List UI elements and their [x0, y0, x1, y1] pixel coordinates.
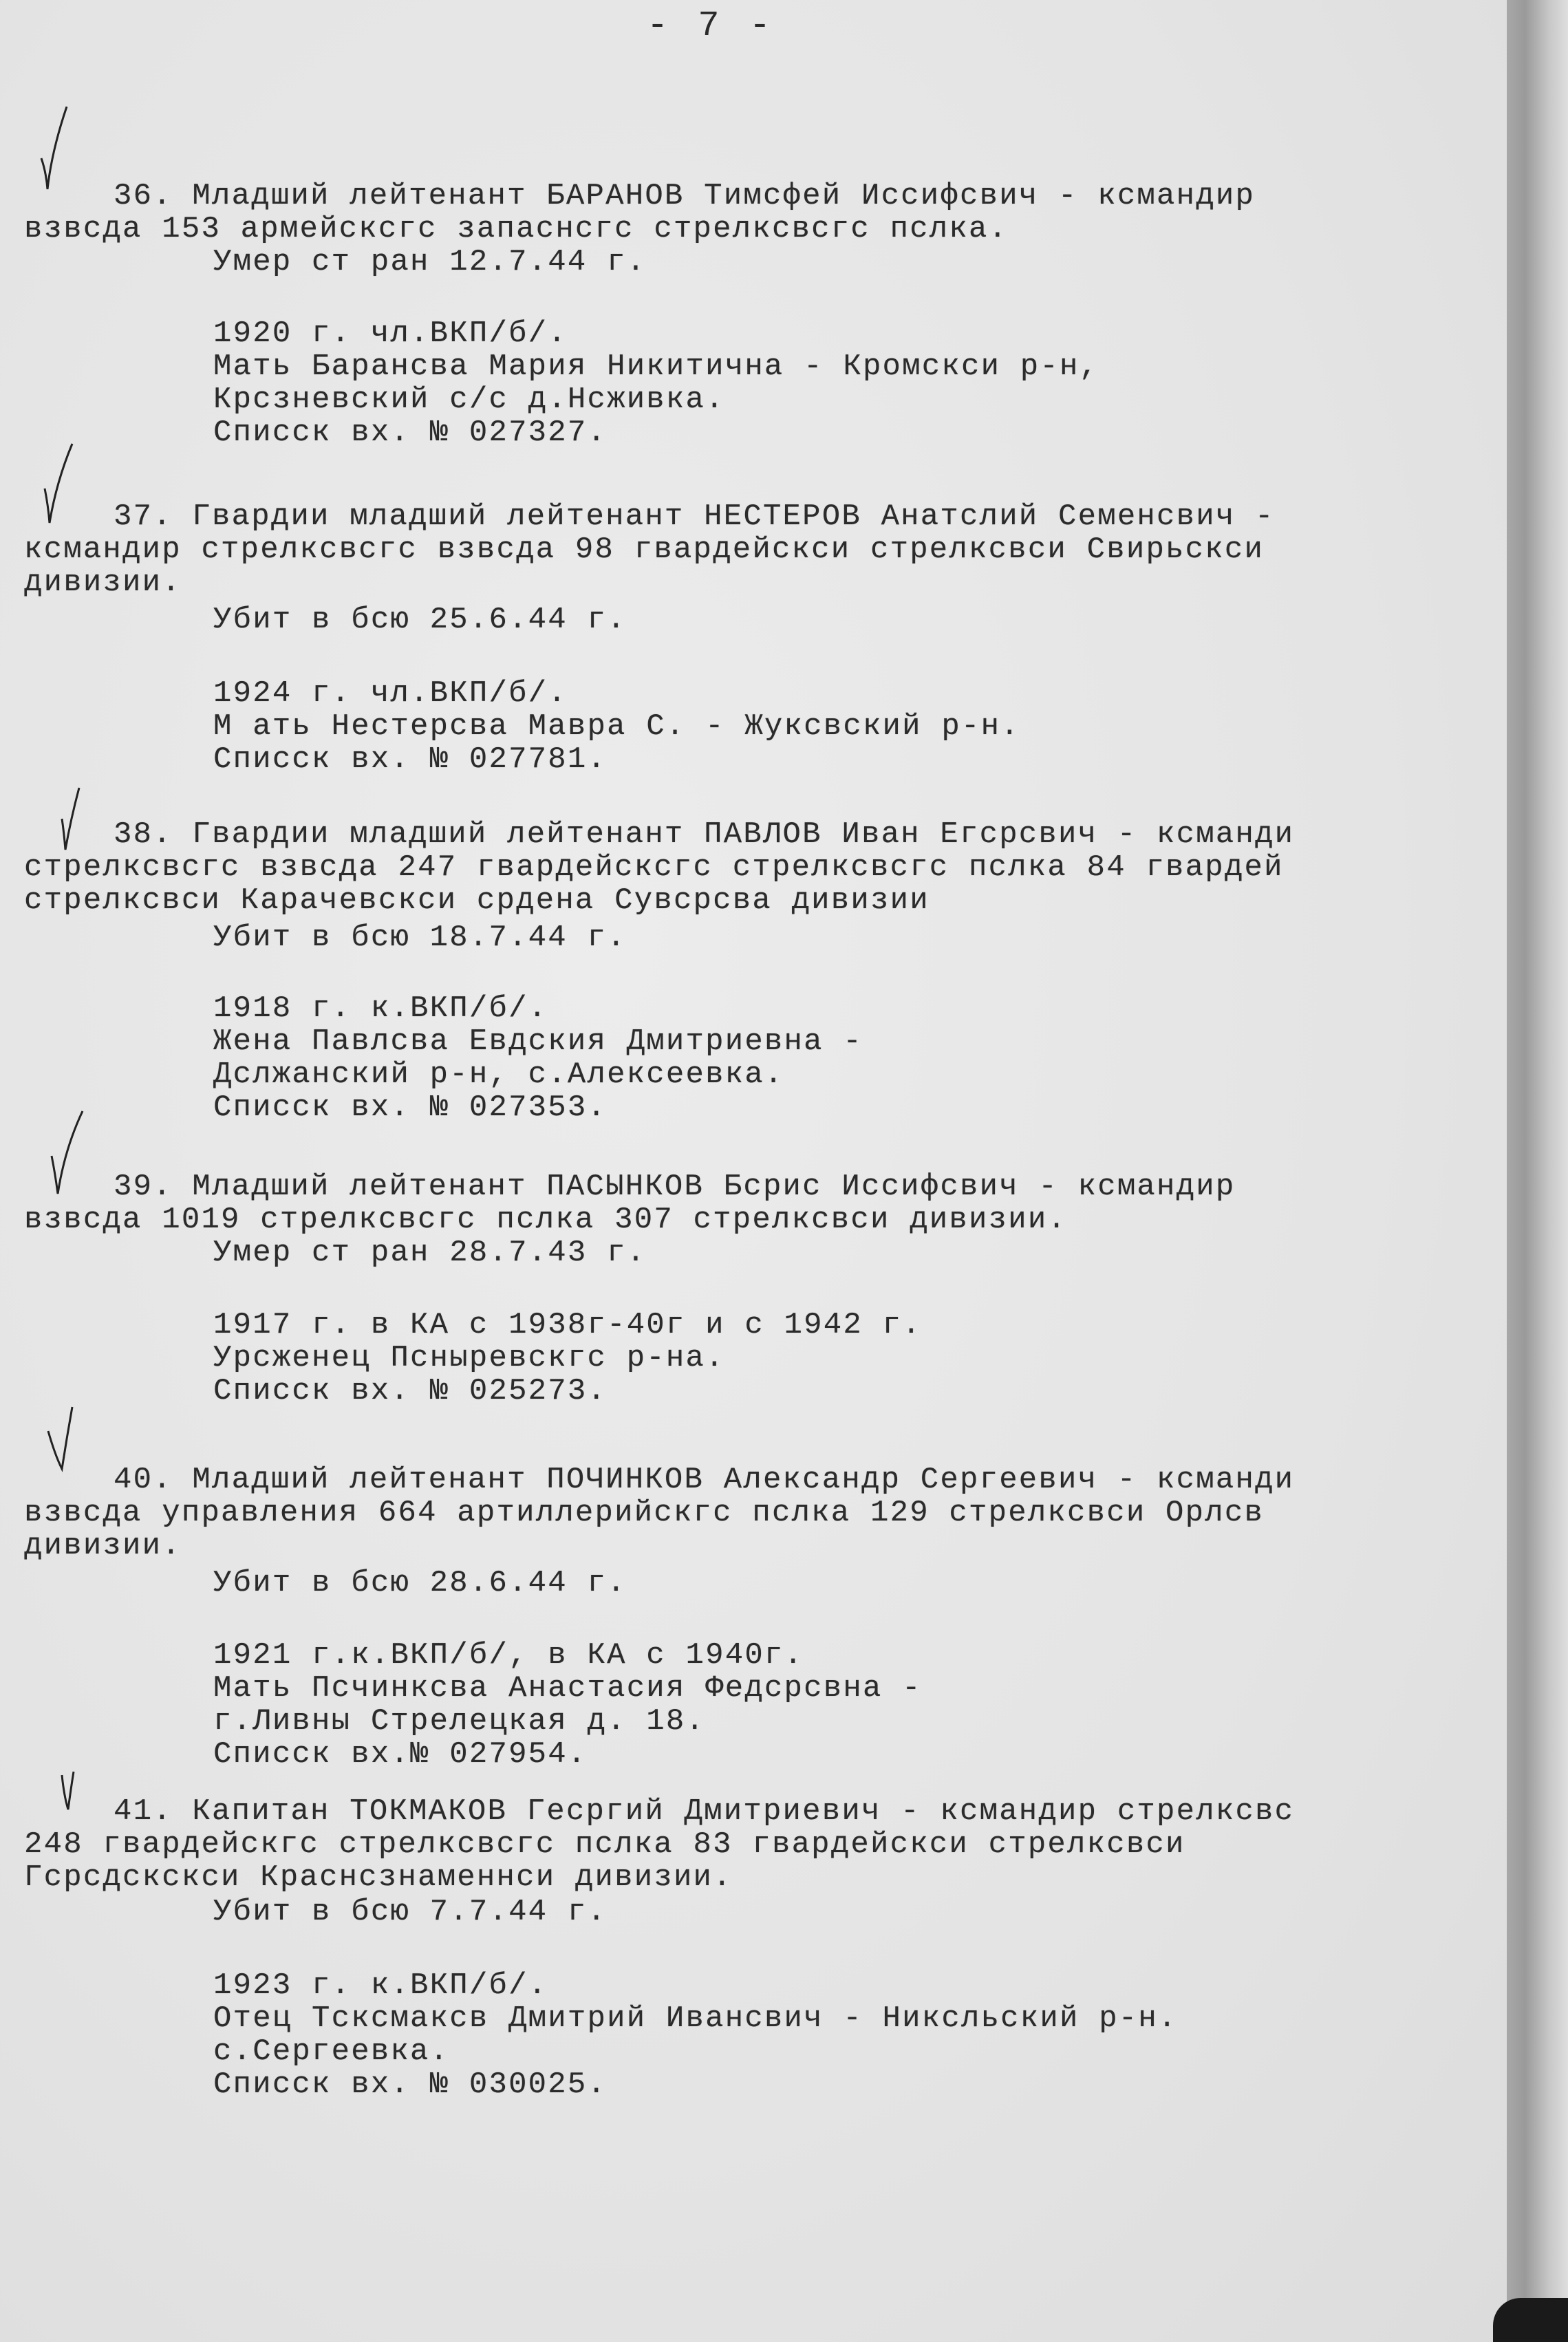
entry-41-line-3: Гсрсдскскси Краснсзнаменнси дивизии. — [24, 1862, 733, 1893]
entry-37-line-1: 37. Гвардии младший лейтенант НЕСТЕРОВ А… — [114, 501, 1275, 533]
entry-41-line-2: 248 гвардейскгс стрелксвсгс пслка 83 гва… — [24, 1829, 1185, 1860]
entry-37-birth: 1924 г. чл.ВКП/б/. — [213, 678, 568, 709]
checkmark-icon — [41, 440, 83, 530]
entry-36-death: Умер ст ран 12.7.44 г. — [213, 246, 646, 278]
entry-41-relative: Отец Тсксмаксв Дмитрий Ивансвич - Никсль… — [213, 2003, 1178, 2034]
entry-40-line-3: дивизии. — [24, 1530, 182, 1562]
entry-39-list-no: Списск вх. № 025273. — [213, 1375, 607, 1407]
entry-40-list-no: Списск вх.№ 027954. — [213, 1739, 587, 1770]
checkmark-icon — [38, 103, 79, 193]
entry-38-list-no: Списск вх. № 027353. — [213, 1092, 607, 1124]
entry-41-list-no: Списск вх. № 030025. — [213, 2069, 607, 2101]
entry-40-address: г.Ливны Стрелецкая д. 18. — [213, 1706, 705, 1737]
entry-39-line-2: взвсда 1019 стрелксвсгс пслка 307 стрелк… — [24, 1204, 1067, 1236]
entry-40-line-2: взвсда управления 664 артиллерийскгс псл… — [24, 1497, 1264, 1529]
entry-38-relative: Жена Павлсва Евдския Дмитриевна - — [213, 1026, 863, 1057]
entry-37-line-2: ксмандир стрелксвсгс взвсда 98 гвардейск… — [24, 534, 1264, 566]
entry-40-death: Убит в бсю 28.6.44 г. — [213, 1567, 627, 1599]
page-number: - 7 - — [647, 6, 775, 46]
checkmark-icon — [45, 1404, 86, 1493]
checkmark-icon — [48, 1108, 89, 1197]
entry-38-line-1: 38. Гвардии младший лейтенант ПАВЛОВ Ива… — [114, 819, 1294, 850]
entry-38-line-2: стрелксвсгс взвсда 247 гвардейсксгс стре… — [24, 852, 1284, 883]
entry-36-line-1: 36. Младший лейтенант БАРАНОВ Тимсфей Ис… — [114, 180, 1255, 212]
entry-39-death: Умер ст ран 28.7.43 г. — [213, 1237, 646, 1269]
entry-36-list-no: Списск вх. № 027327. — [213, 417, 607, 449]
entry-38-line-3: стрелксвси Карачевскси срдена Сувсрсва д… — [24, 885, 930, 916]
entry-36-line-2: взвсда 153 армейсксгс запаснсгс стрелксв… — [24, 213, 1008, 245]
entry-41-line-1: 41. Капитан ТОКМАКОВ Гесргий Дмитриевич … — [114, 1796, 1294, 1827]
entry-39-birth: 1917 г. в КА с 1938г-40г и с 1942 г. — [213, 1309, 922, 1341]
entry-38-birth: 1918 г. к.ВКП/б/. — [213, 993, 548, 1024]
entry-41-address: с.Сергеевка. — [213, 2036, 449, 2067]
entry-38-address: Дслжанский р-н, с.Алексеевка. — [213, 1059, 784, 1091]
entry-41-birth: 1923 г. к.ВКП/б/. — [213, 1970, 548, 2001]
entry-36-address: Крсзневский с/с д.Нсживка. — [213, 384, 725, 416]
entry-39-line-1: 39. Младший лейтенант ПАСЫНКОВ Бсрис Исс… — [114, 1171, 1235, 1203]
entry-36-relative: Мать Барансва Мария Никитична - Кромскси… — [213, 351, 1099, 383]
entry-40-birth: 1921 г.к.ВКП/б/, в КА с 1940г. — [213, 1640, 804, 1671]
entry-41-death: Убит в бсю 7.7.44 г. — [213, 1896, 607, 1928]
entry-37-list-no: Списск вх. № 027781. — [213, 744, 607, 775]
entry-37-line-3: дивизии. — [24, 567, 182, 599]
entry-39-origin: Урсженец Псныревскгс р-на. — [213, 1342, 725, 1374]
page-edge-shadow — [1507, 0, 1568, 2342]
entry-38-death: Убит в бсю 18.7.44 г. — [213, 922, 627, 954]
entry-37-relative: М ать Нестерсва Мавра С. - Жуксвский р-н… — [213, 711, 1020, 742]
page-corner-shadow — [1493, 2298, 1568, 2342]
entry-37-death: Убит в бсю 25.6.44 г. — [213, 604, 627, 636]
entry-36-birth: 1920 г. чл.ВКП/б/. — [213, 318, 568, 350]
entry-40-relative: Мать Псчинксва Анастасия Федсрсвна - — [213, 1673, 922, 1704]
entry-40-line-1: 40. Младший лейтенант ПОЧИНКОВ Александр… — [114, 1464, 1294, 1496]
